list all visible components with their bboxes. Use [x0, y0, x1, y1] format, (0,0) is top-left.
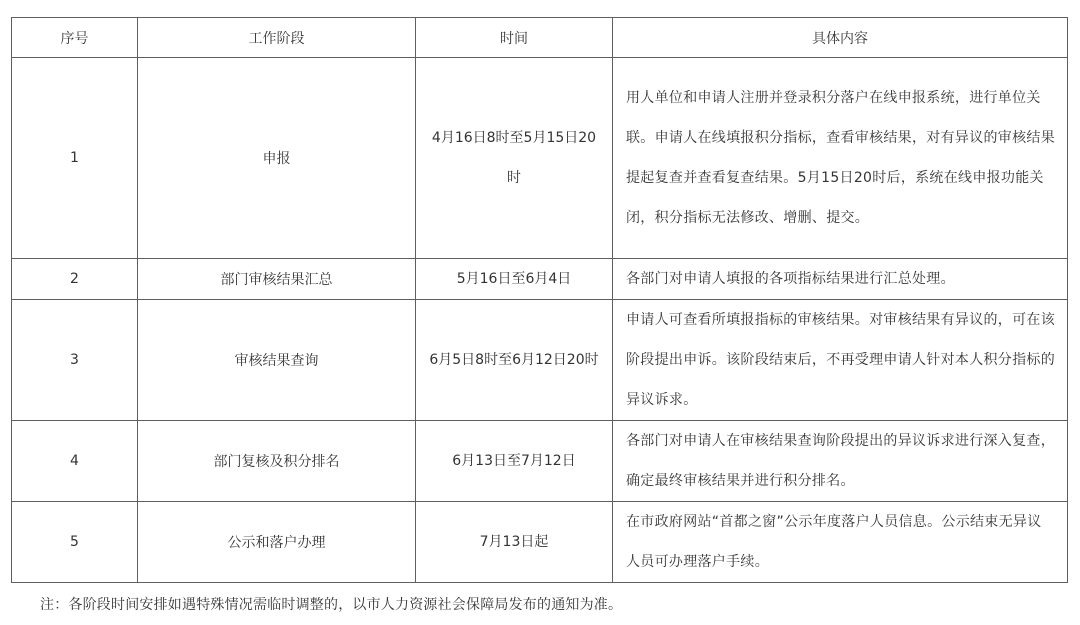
cell-stage: 申报 — [138, 58, 416, 259]
cell-content: 各部门对申请人在审核结果查询阶段提出的异议诉求进行深入复查，确定最终审核结果并进… — [613, 421, 1068, 502]
cell-time: 4月16日8时至5月15日20时 — [416, 58, 613, 259]
cell-stage: 公示和落户办理 — [138, 502, 416, 583]
cell-time: 6月13日至7月12日 — [416, 421, 613, 502]
cell-content: 申请人可查看所填报指标的审核结果。对审核结果有异议的，可在该阶段提出申诉。该阶段… — [613, 300, 1068, 421]
footnote: 注：各阶段时间安排如遇特殊情况需临时调整的，以市人力资源社会保障局发布的通知为准… — [40, 594, 622, 614]
cell-no: 4 — [12, 421, 138, 502]
table-row: 3 审核结果查询 6月5日8时至6月12日20时 申请人可查看所填报指标的审核结… — [12, 300, 1068, 421]
table-row: 2 部门审核结果汇总 5月16日至6月4日 各部门对申请人填报的各项指标结果进行… — [12, 259, 1068, 300]
table-body: 1 申报 4月16日8时至5月15日20时 用人单位和申请人注册并登录积分落户在… — [12, 58, 1068, 583]
cell-content: 用人单位和申请人注册并登录积分落户在线申报系统，进行单位关联。申请人在线填报积分… — [613, 58, 1068, 259]
table-row: 5 公示和落户办理 7月13日起 在市政府网站“首都之窗”公示年度落户人员信息。… — [12, 502, 1068, 583]
table-header: 序号 工作阶段 时间 具体内容 — [12, 18, 1068, 58]
header-no: 序号 — [12, 18, 138, 58]
cell-content: 在市政府网站“首都之窗”公示年度落户人员信息。公示结束无异议人员可办理落户手续。 — [613, 502, 1068, 583]
cell-time: 7月13日起 — [416, 502, 613, 583]
cell-time: 5月16日至6月4日 — [416, 259, 613, 300]
header-content: 具体内容 — [613, 18, 1068, 58]
header-time: 时间 — [416, 18, 613, 58]
cell-no: 1 — [12, 58, 138, 259]
cell-stage: 审核结果查询 — [138, 300, 416, 421]
table-row: 1 申报 4月16日8时至5月15日20时 用人单位和申请人注册并登录积分落户在… — [12, 58, 1068, 259]
cell-stage: 部门复核及积分排名 — [138, 421, 416, 502]
cell-no: 3 — [12, 300, 138, 421]
cell-no: 2 — [12, 259, 138, 300]
cell-stage: 部门审核结果汇总 — [138, 259, 416, 300]
cell-time: 6月5日8时至6月12日20时 — [416, 300, 613, 421]
header-stage: 工作阶段 — [138, 18, 416, 58]
header-row: 序号 工作阶段 时间 具体内容 — [12, 18, 1068, 58]
schedule-table: 序号 工作阶段 时间 具体内容 1 申报 4月16日8时至5月15日20时 用人… — [11, 17, 1068, 583]
cell-no: 5 — [12, 502, 138, 583]
cell-content: 各部门对申请人填报的各项指标结果进行汇总处理。 — [613, 259, 1068, 300]
table-row: 4 部门复核及积分排名 6月13日至7月12日 各部门对申请人在审核结果查询阶段… — [12, 421, 1068, 502]
